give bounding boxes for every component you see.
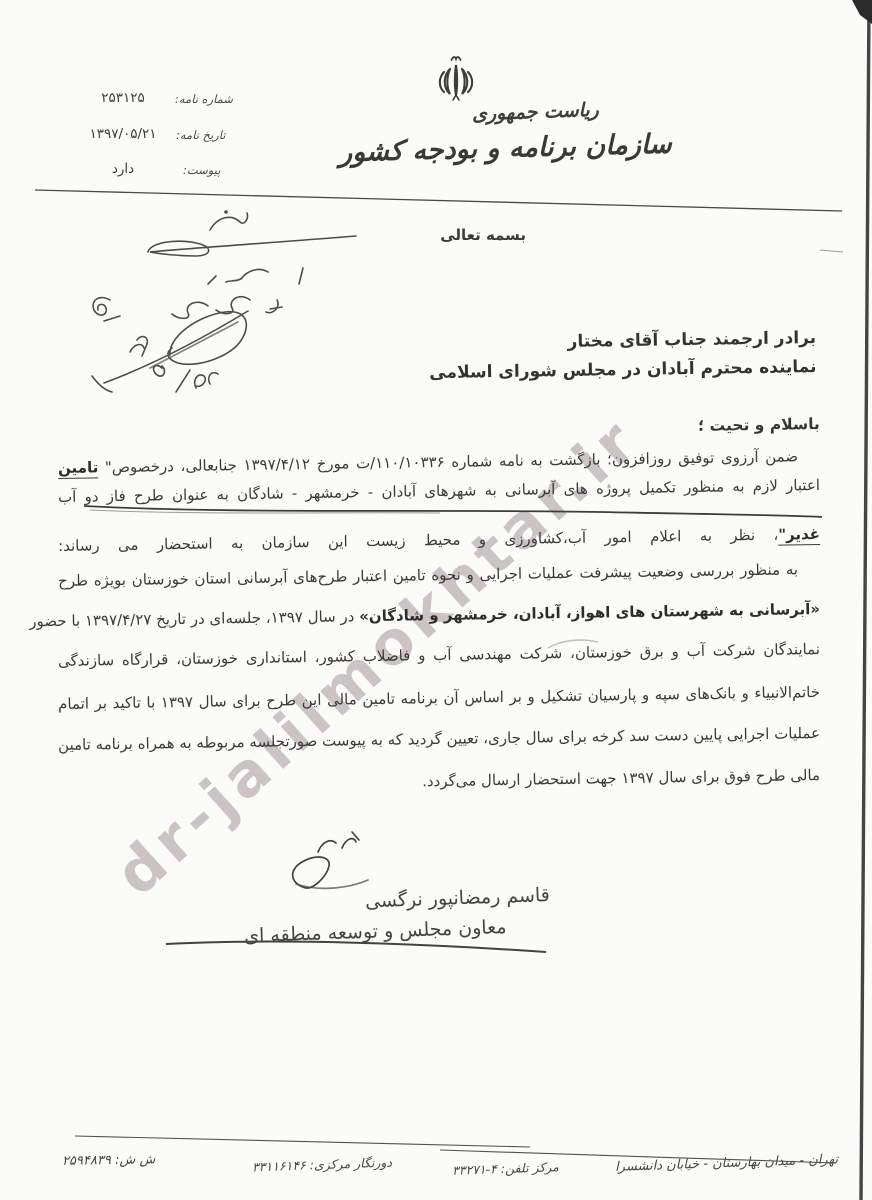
pen-signature-icon [293, 832, 368, 888]
footer-phone: مرکز تلفن: ۴-۳۳۲۷۱ [452, 1159, 559, 1178]
body-p1-line1-underlined: تامین [58, 458, 98, 479]
attachment-value: دارد [86, 161, 160, 177]
pen-annotation-icon [92, 211, 356, 392]
footer-address: تهران - میدان بهارستان - خیابان دانشسرا [615, 1152, 839, 1175]
org-title-presidency: ریاست جمهوری [472, 99, 599, 125]
footer-record-number: ش ش: ۲۵۹۴۸۳۹ [62, 1152, 156, 1169]
letter-number-value: ۲۵۳۱۲۵ [86, 90, 160, 106]
pen-underline-bold-line-double [90, 510, 440, 513]
body-p2-line4: خاتم‌الانبیاء و بانک‌های سپه و پارسیان ت… [58, 680, 820, 717]
header-divider-line [35, 190, 842, 211]
recipient-block: برادر ارجمند جناب آقای مختار نماینده محت… [428, 324, 816, 388]
footer-divider-line-left [75, 1136, 530, 1147]
letter-number-label: شماره نامه: [175, 92, 233, 106]
body-p1-line1-text: ضمن آرزوی توفیق روزافزون؛ بازگشت به نامه… [98, 447, 798, 476]
footer-fax: دورنگار مرکزی: ۳۳۱۱۶۱۴۶ [252, 1155, 392, 1175]
besmellah-text: بسمه تعالی [440, 226, 526, 244]
letter-date-value: ۱۳۹۷/۰۵/۲۱ [86, 126, 160, 142]
margin-dash-mark [820, 250, 843, 252]
scan-edge-artifact-line [861, 0, 869, 1200]
iran-coat-of-arms-icon [436, 52, 476, 102]
salutation-text: باسلام و تحیت ؛ [698, 415, 820, 435]
body-p2-line2-text: در سال ۱۳۹۷، جلسه‌ای در تاریخ ۱۳۹۷/۴/۲۷ … [29, 607, 359, 630]
signer-name: قاسم رمضانپور نرگسی [365, 884, 550, 912]
recipient-line2: نماینده محترم آبادان در مجلس شورای اسلام… [429, 353, 817, 388]
body-p1-line3-underlined: غدیر" [778, 525, 820, 546]
org-title-pbo: سازمان برنامه و بودجه کشور [339, 129, 672, 169]
scanned-letter-page: dr-jalilmokhtar.ir ریاست جمهوری سازمان ب… [0, 0, 872, 1200]
body-p1-line3-text: ، نظر به اعلام امور آب،کشاورزی و محیط زی… [58, 526, 778, 555]
signer-role: معاون مجلس و توسعه منطقه ای [243, 916, 506, 947]
body-p2-line6: مالی طرح فوق برای سال ۱۳۹۷ جهت استحضار ا… [58, 763, 820, 800]
letter-date-label: تاریخ نامه: [176, 128, 225, 142]
body-p2-line2-bold: «آبرسانی به شهرستان های اهواز، آبادان، خ… [359, 600, 820, 625]
attachment-label: پیوست: [183, 163, 220, 177]
scan-corner-artifact [852, 0, 872, 24]
body-p2-line5: عملیات اجرایی پایین دست سد کرخه برای سال… [58, 721, 820, 758]
body-p2-line3: نمایندگان شرکت آب و برق خوزستان، شرکت مه… [58, 637, 820, 674]
